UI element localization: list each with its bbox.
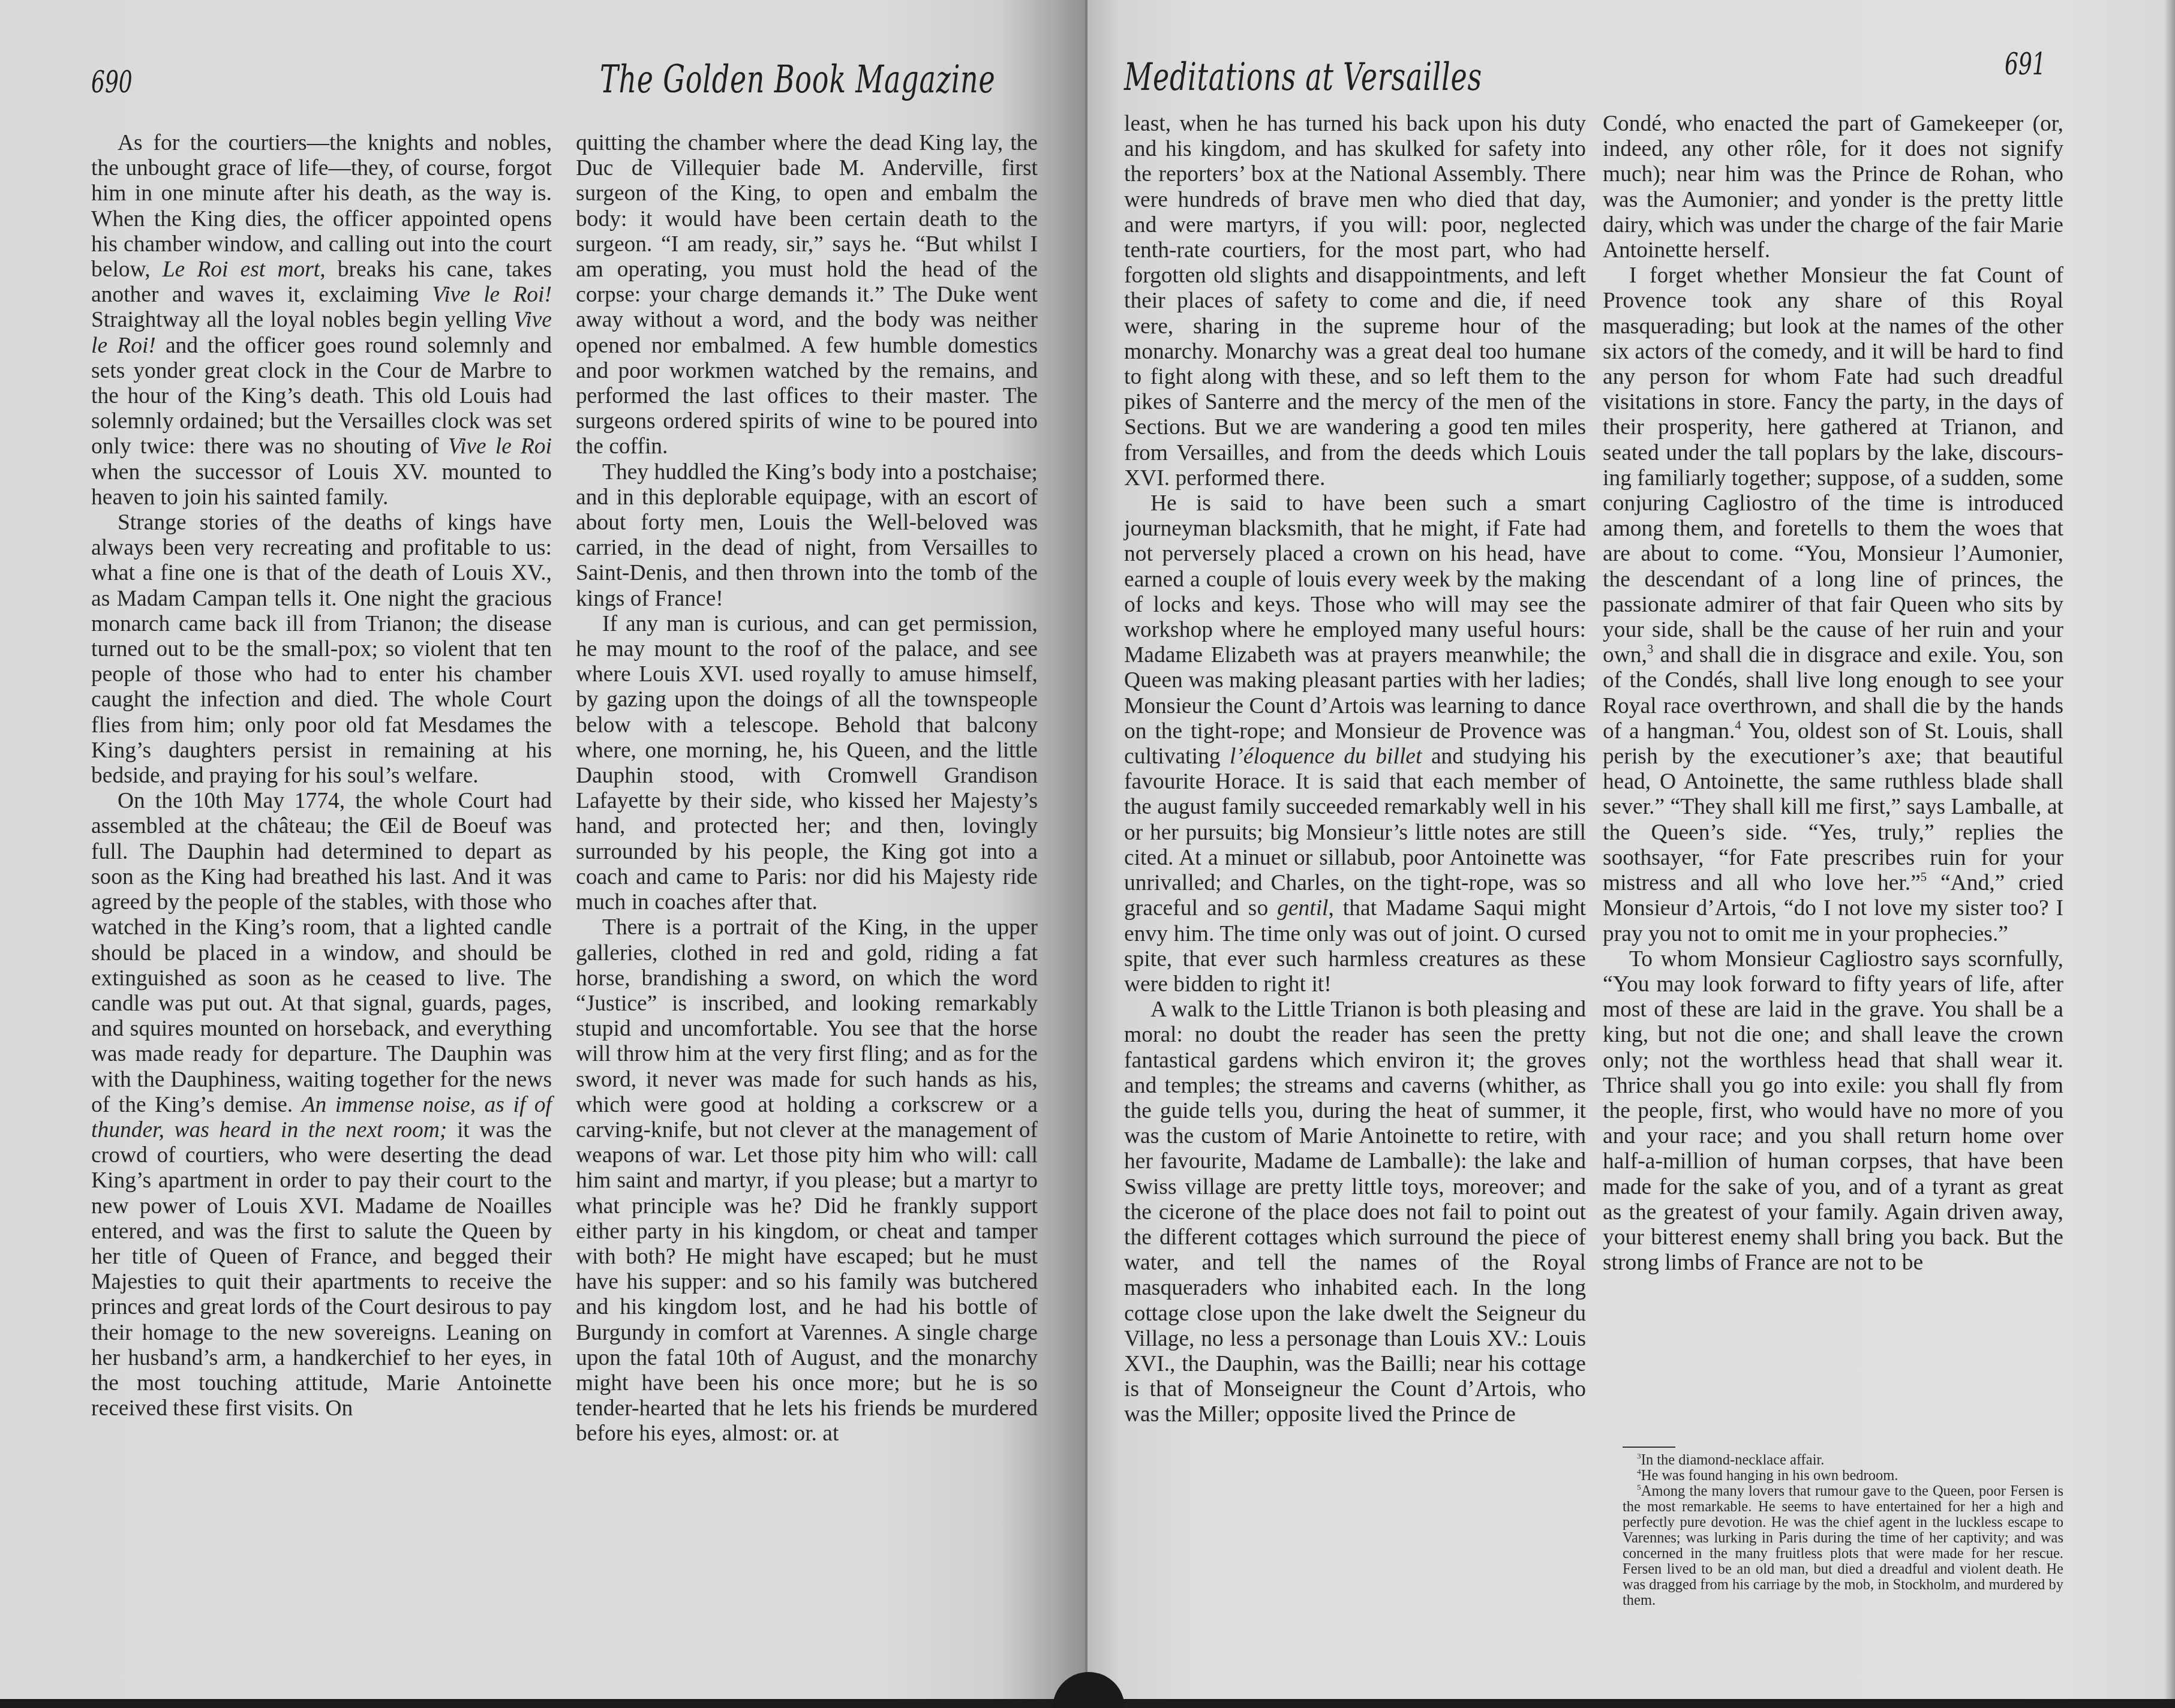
footnote-number: 4 bbox=[1637, 1467, 1641, 1476]
text-run: A walk to the Little Trianon is both ple… bbox=[1124, 997, 1586, 1427]
footnote-text: In the diamond-necklace affair. bbox=[1641, 1452, 1825, 1468]
text-run: it was the crowd of cour­tiers, who were… bbox=[91, 1118, 552, 1421]
paragraph: If any man is curious, and can get per­m… bbox=[576, 612, 1038, 915]
paragraph: On the 10th May 1774, the whole Court ha… bbox=[91, 789, 552, 1421]
running-head-article-title: Meditations at Versailles bbox=[1124, 55, 1482, 100]
paragraph: There is a portrait of the King, in the … bbox=[576, 915, 1038, 1447]
text-run: You, oldest son of St. Louis, shall peri… bbox=[1603, 719, 2063, 895]
italic-phrase: gentil bbox=[1277, 896, 1328, 921]
text-run: quitting the chamber where the dead King… bbox=[576, 131, 1038, 459]
footnote-text: Among the many lovers that rumour gave t… bbox=[1623, 1483, 2063, 1608]
footnote-mark: 4 bbox=[1735, 718, 1741, 732]
paragraph: He is said to have been such a smart jou… bbox=[1124, 491, 1586, 997]
text-run: when the successor of Louis XV. mounted … bbox=[91, 460, 552, 510]
book-gutter bbox=[1085, 0, 1087, 1699]
text-column-2: quitting the chamber where the dead King… bbox=[576, 131, 1038, 1447]
text-run: Strange stories of the deaths of kings h… bbox=[91, 510, 552, 788]
italic-phrase: l’éloquence du billet bbox=[1230, 744, 1422, 769]
italic-phrase: Le Roi est mort bbox=[163, 257, 320, 282]
paragraph: quitting the chamber where the dead King… bbox=[576, 131, 1038, 460]
paragraph: To whom Monsieur Cagliostro says scorn­f… bbox=[1603, 947, 2063, 1276]
paragraph: least, when he has turned his back upon … bbox=[1124, 112, 1586, 491]
footnote-mark: 5 bbox=[1921, 871, 1927, 884]
page-number: 691 bbox=[2005, 47, 2046, 82]
text-column-4: Condé, who enacted the part of Gamekeepe… bbox=[1603, 112, 2063, 1276]
page-number: 690 bbox=[91, 65, 133, 100]
text-run: To whom Monsieur Cagliostro says scorn­f… bbox=[1603, 947, 2063, 1275]
footnote-text: He was found hanging in his own bedroom. bbox=[1641, 1468, 1898, 1484]
paragraph: A walk to the Little Trianon is both ple… bbox=[1124, 997, 1586, 1427]
footnote-number: 5 bbox=[1637, 1483, 1641, 1492]
paragraph: I forget whether Monsieur the fat Count … bbox=[1603, 263, 2063, 946]
text-run: and studying his favour­ite Horace. It i… bbox=[1124, 744, 1586, 921]
paragraph: As for the courtiers—the knights and nob… bbox=[91, 131, 552, 510]
text-run: Straightway all the loyal nobles begin y… bbox=[91, 308, 513, 332]
left-page: 690 The Golden Book Magazine As for the … bbox=[0, 0, 1087, 1699]
paragraph: Strange stories of the deaths of kings h… bbox=[91, 510, 552, 789]
magazine-spread: 690 The Golden Book Magazine As for the … bbox=[0, 0, 2175, 1699]
footnote-number: 3 bbox=[1637, 1451, 1641, 1460]
text-run: They huddled the King’s body into a post… bbox=[576, 460, 1038, 611]
footnote: 4He was found hanging in his own bedroom… bbox=[1623, 1468, 2063, 1484]
paragraph: Condé, who enacted the part of Gamekeepe… bbox=[1603, 112, 2063, 263]
footnote: 3In the diamond-necklace affair. bbox=[1623, 1453, 2063, 1468]
paragraph: They huddled the King’s body into a post… bbox=[576, 460, 1038, 612]
text-column-1: As for the courtiers—the knights and nob… bbox=[91, 131, 552, 1421]
text-run: There is a portrait of the King, in the … bbox=[576, 915, 1038, 1446]
text-run: He is said to have been such a smart jou… bbox=[1124, 491, 1586, 769]
footnote-mark: 3 bbox=[1647, 643, 1653, 656]
running-head-magazine-title: The Golden Book Magazine bbox=[600, 58, 995, 102]
text-run: least, when he has turned his back upon … bbox=[1124, 112, 1586, 491]
text-run: I forget whether Monsieur the fat Count … bbox=[1603, 263, 2063, 667]
text-run: Condé, who enacted the part of Gamekeepe… bbox=[1603, 112, 2063, 263]
footnotes: 3In the diamond-necklace affair.4He was … bbox=[1623, 1453, 2063, 1608]
text-run: On the 10th May 1774, the whole Court ha… bbox=[91, 789, 552, 1117]
italic-phrase: Vive le Roi! bbox=[432, 282, 552, 307]
footnote-rule bbox=[1623, 1447, 1675, 1448]
text-run: If any man is curious, and can get per­m… bbox=[576, 612, 1038, 915]
text-column-3: least, when he has turned his back upon … bbox=[1124, 112, 1586, 1428]
italic-phrase: Vive le Roi bbox=[448, 434, 552, 459]
right-page: Meditations at Versailles 691 least, whe… bbox=[1087, 0, 2175, 1699]
footnote: 5Among the many lovers that rumour gave … bbox=[1623, 1484, 2063, 1608]
